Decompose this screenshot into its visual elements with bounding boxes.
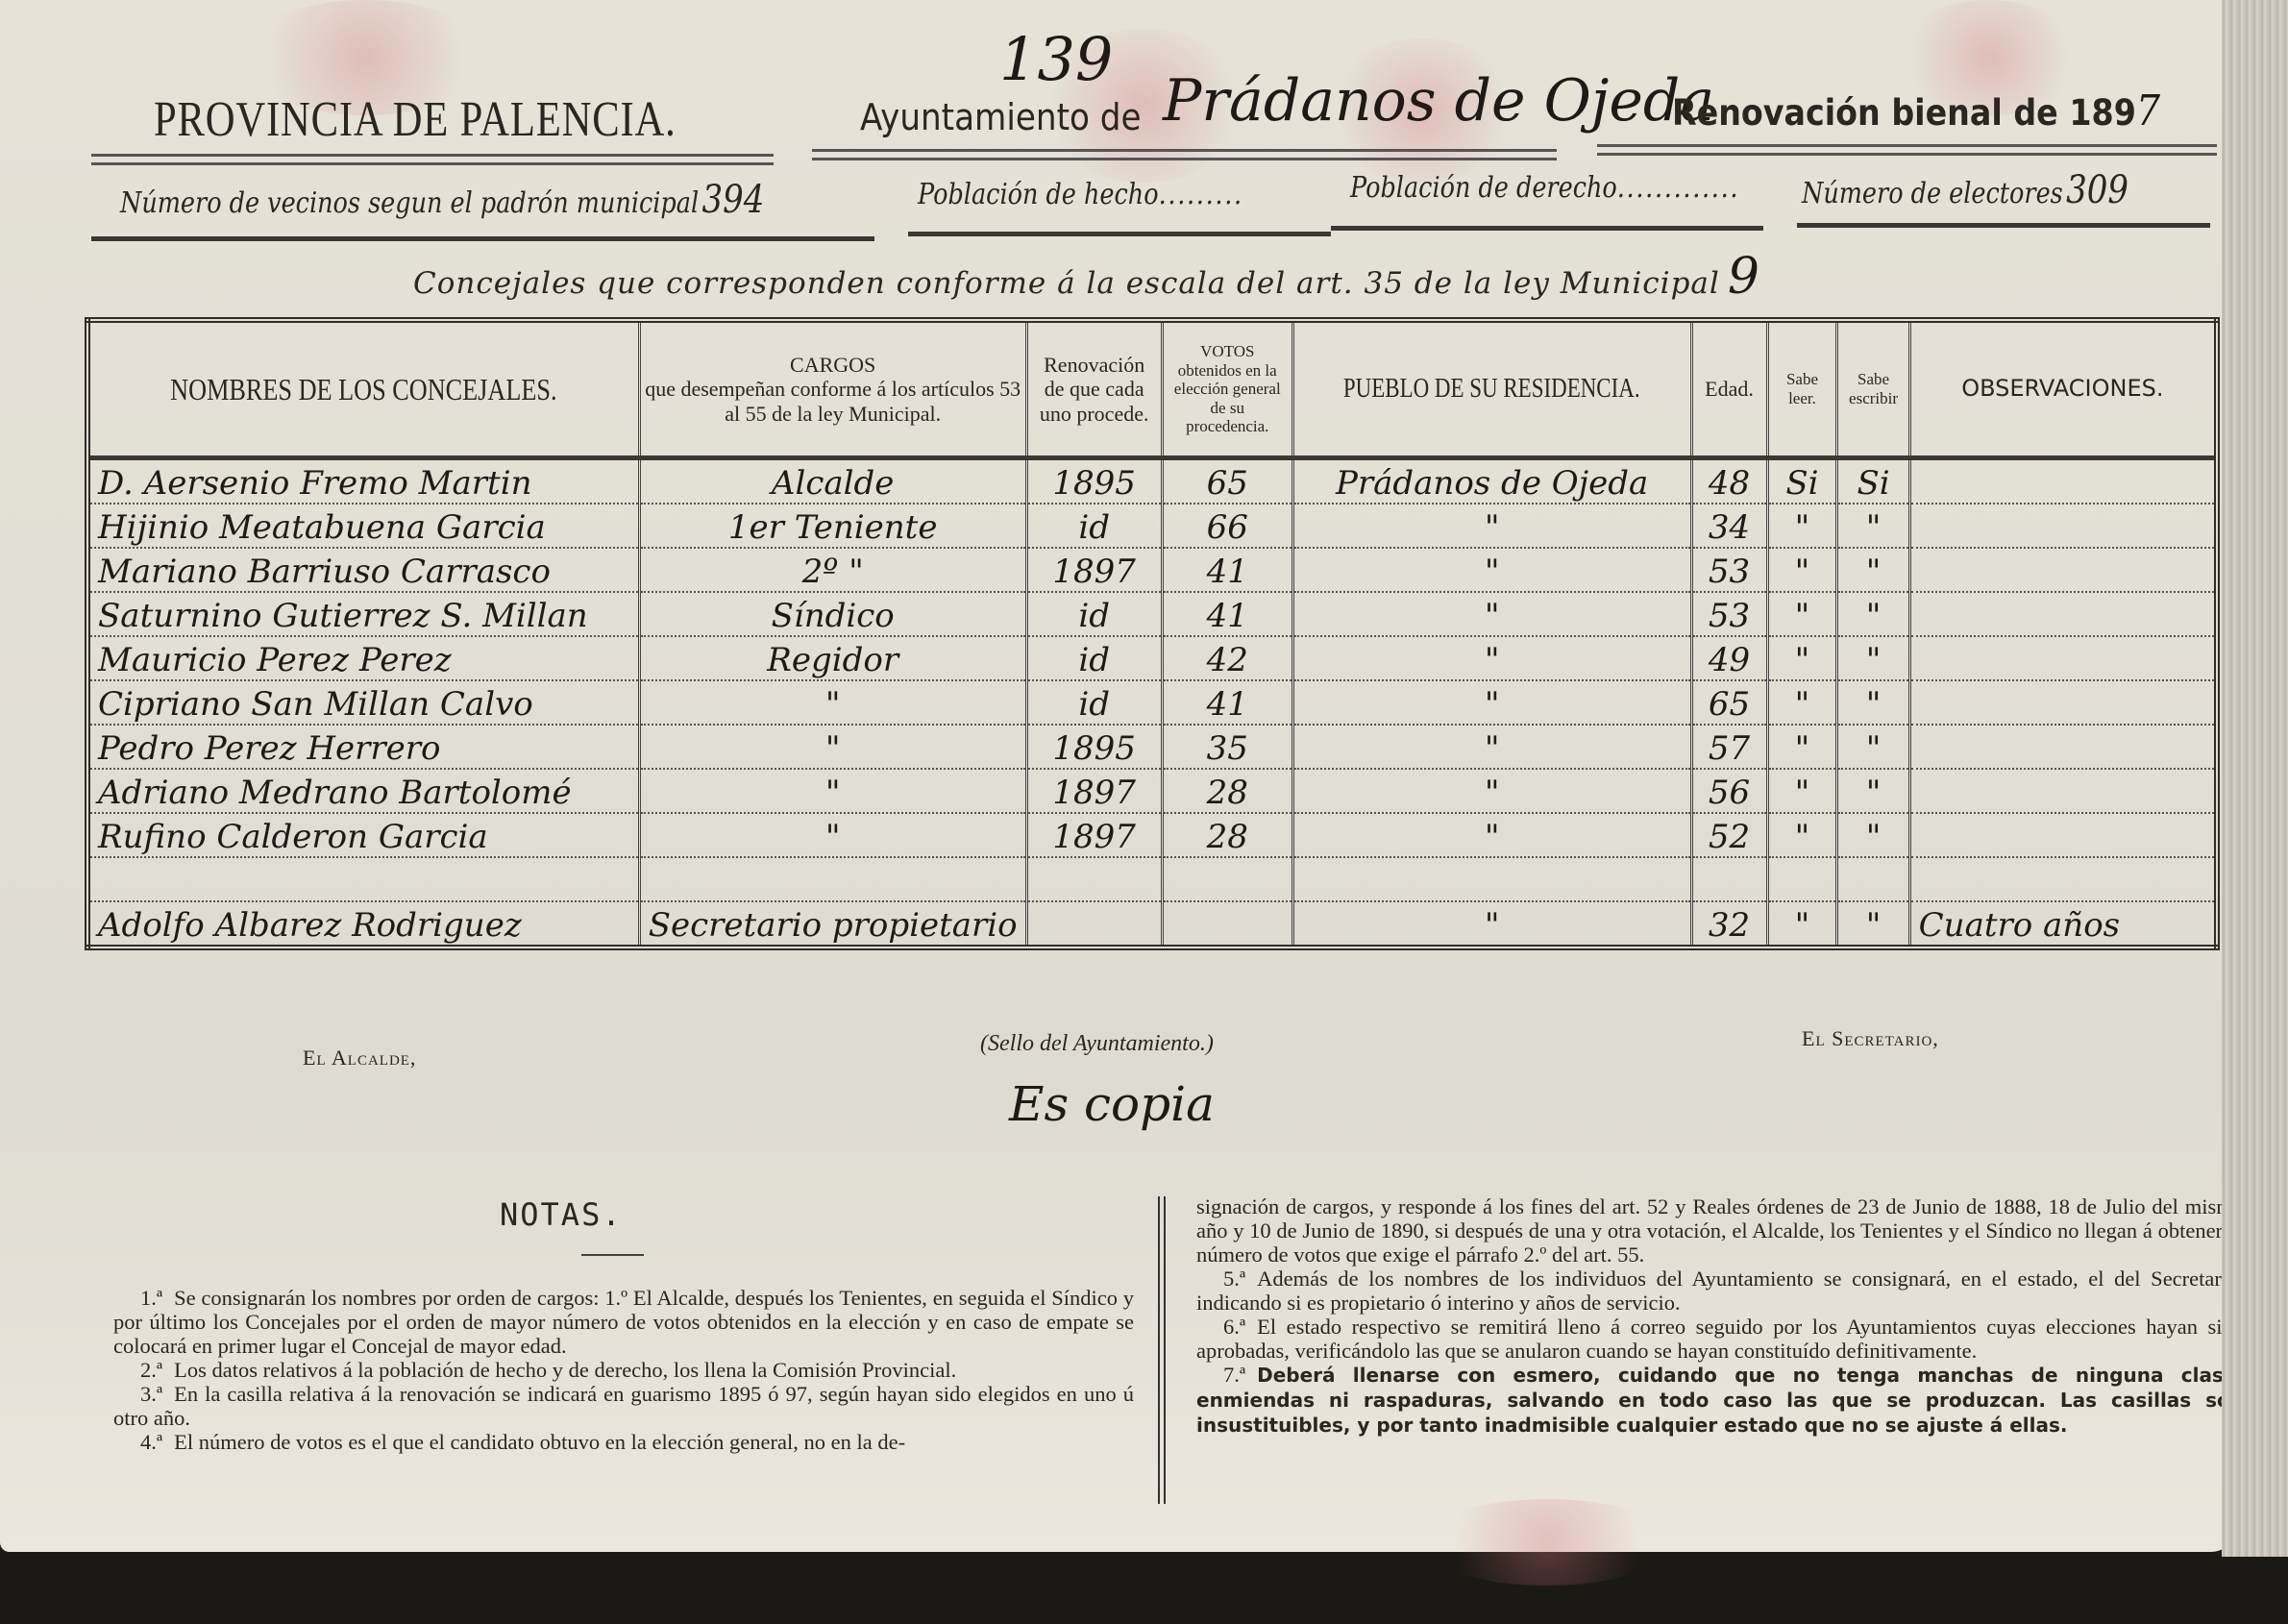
cell-edad: 52 bbox=[1691, 813, 1767, 857]
table-row: Rufino Calderon Garcia"189728"52"" bbox=[87, 813, 2217, 857]
cell-votos: 42 bbox=[1162, 636, 1292, 680]
cell-nombre bbox=[87, 857, 639, 901]
concejales-value: 9 bbox=[1728, 248, 1760, 306]
folio-number: 139 bbox=[999, 24, 1113, 94]
table-row: Pedro Perez Herrero"189535"57"" bbox=[87, 725, 2217, 769]
cell-renovacion: 1895 bbox=[1026, 725, 1162, 769]
cell-votos: 28 bbox=[1162, 813, 1292, 857]
cell-pueblo: " bbox=[1292, 504, 1691, 548]
cell-leer: " bbox=[1767, 813, 1837, 857]
header-sabe-leer: Sabe leer. bbox=[1767, 320, 1837, 458]
table-row: Cipriano San Millan Calvo"id41"65"" bbox=[87, 680, 2217, 725]
cell-renovacion: id bbox=[1026, 592, 1162, 636]
cell-obs bbox=[1909, 813, 2217, 857]
rule bbox=[91, 154, 774, 165]
cell-edad: 57 bbox=[1691, 725, 1767, 769]
cell-renovacion: 1895 bbox=[1026, 458, 1162, 504]
cell-obs bbox=[1909, 680, 2217, 725]
cell-nombre: Cipriano San Millan Calvo bbox=[87, 680, 639, 725]
cell-pueblo: " bbox=[1292, 592, 1691, 636]
cell-renovacion bbox=[1026, 857, 1162, 901]
cell-votos: 41 bbox=[1162, 680, 1292, 725]
cell-edad: 48 bbox=[1691, 458, 1767, 504]
cell-votos: 28 bbox=[1162, 769, 1292, 813]
cell-edad: 53 bbox=[1691, 592, 1767, 636]
cell-edad: 34 bbox=[1691, 504, 1767, 548]
cell-obs bbox=[1909, 725, 2217, 769]
cell-escribir: Si bbox=[1837, 458, 1909, 504]
notas-title: NOTAS. bbox=[500, 1196, 623, 1233]
cell-edad: 32 bbox=[1691, 901, 1767, 947]
cell-pueblo: " bbox=[1292, 813, 1691, 857]
cell-cargo: Regidor bbox=[639, 636, 1026, 680]
nota-item: 4.ªEl número de votos es el que el candi… bbox=[113, 1430, 1134, 1454]
ayuntamiento-value: Prádanos de Ojeda bbox=[1163, 67, 1714, 135]
table-row: D. Aersenio Fremo MartinAlcalde189565Prá… bbox=[87, 458, 2217, 504]
cell-votos bbox=[1162, 901, 1292, 947]
cell-nombre: Hijinio Meatabuena Garcia bbox=[87, 504, 639, 548]
header-observaciones: OBSERVACIONES. bbox=[1909, 320, 2217, 458]
vecinos-value: 394 bbox=[702, 178, 765, 222]
rule bbox=[812, 149, 1557, 160]
nota-item: 5.ªAdemás de los nombres de los individu… bbox=[1196, 1267, 2244, 1315]
notas-right-column: signación de cargos, y responde á los fi… bbox=[1196, 1194, 2244, 1438]
cell-leer bbox=[1767, 857, 1837, 901]
cell-renovacion: 1897 bbox=[1026, 769, 1162, 813]
cell-nombre: Saturnino Gutierrez S. Millan bbox=[87, 592, 639, 636]
poblacion-derecho-field: Población de derecho............. bbox=[1350, 171, 1739, 205]
cell-obs bbox=[1909, 504, 2217, 548]
cell-leer: " bbox=[1767, 725, 1837, 769]
cell-pueblo: " bbox=[1292, 725, 1691, 769]
cell-cargo: 2º " bbox=[639, 548, 1026, 592]
header-cargos: CARGOSque desempeñan conforme á los artí… bbox=[639, 320, 1026, 458]
cell-cargo: " bbox=[639, 725, 1026, 769]
cell-votos bbox=[1162, 857, 1292, 901]
cell-leer: " bbox=[1767, 504, 1837, 548]
cell-obs bbox=[1909, 592, 2217, 636]
header-edad: Edad. bbox=[1691, 320, 1767, 458]
cell-escribir: " bbox=[1837, 680, 1909, 725]
cell-leer: " bbox=[1767, 769, 1837, 813]
rule bbox=[908, 232, 1331, 236]
electores-value: 309 bbox=[2066, 168, 2128, 212]
cell-cargo: Alcalde bbox=[639, 458, 1026, 504]
rule bbox=[1797, 223, 2210, 228]
nota-item: 1.ªSe consignarán los nombres por orden … bbox=[113, 1286, 1134, 1358]
cell-edad: 53 bbox=[1691, 548, 1767, 592]
cell-cargo: Secretario propietario bbox=[639, 901, 1026, 947]
header-sabe-escribir: Sabe escribir bbox=[1837, 320, 1909, 458]
cell-renovacion: id bbox=[1026, 680, 1162, 725]
cell-nombre: Adolfo Albarez Rodriguez bbox=[87, 901, 639, 947]
cell-pueblo: " bbox=[1292, 548, 1691, 592]
cell-pueblo: Prádanos de Ojeda bbox=[1292, 458, 1691, 504]
nota-item: 2.ªLos datos relativos á la población de… bbox=[113, 1358, 1134, 1382]
cell-nombre: Mauricio Perez Perez bbox=[87, 636, 639, 680]
cell-obs bbox=[1909, 636, 2217, 680]
cell-votos: 66 bbox=[1162, 504, 1292, 548]
cell-nombre: Rufino Calderon Garcia bbox=[87, 813, 639, 857]
cell-edad: 65 bbox=[1691, 680, 1767, 725]
cell-pueblo: " bbox=[1292, 636, 1691, 680]
renovacion-label: Renovación bienal de 1897 bbox=[1672, 86, 2160, 135]
header-pueblo: PUEBLO DE SU RESIDENCIA. bbox=[1292, 320, 1691, 458]
nota-item: 7.ªDeberá llenarse con esmero, cuidando … bbox=[1196, 1363, 2244, 1438]
cell-votos: 65 bbox=[1162, 458, 1292, 504]
rule bbox=[1331, 226, 1763, 231]
cell-renovacion bbox=[1026, 901, 1162, 947]
cell-nombre: Mariano Barriuso Carrasco bbox=[87, 548, 639, 592]
header-renovacion: Renovación de que cada uno procede. bbox=[1026, 320, 1162, 458]
cell-escribir: " bbox=[1837, 636, 1909, 680]
table-row bbox=[87, 857, 2217, 901]
cell-renovacion: 1897 bbox=[1026, 813, 1162, 857]
vecinos-field: Número de vecinos segun el padrón munici… bbox=[120, 178, 764, 222]
cell-escribir: " bbox=[1837, 769, 1909, 813]
table-row: Adriano Medrano Bartolomé"189728"56"" bbox=[87, 769, 2217, 813]
rule bbox=[91, 236, 874, 241]
column-separator bbox=[1158, 1196, 1166, 1504]
cell-votos: 35 bbox=[1162, 725, 1292, 769]
cell-leer: " bbox=[1767, 592, 1837, 636]
cell-pueblo: " bbox=[1292, 680, 1691, 725]
cell-edad bbox=[1691, 857, 1767, 901]
cell-cargo: " bbox=[639, 813, 1026, 857]
cell-pueblo: " bbox=[1292, 901, 1691, 947]
cell-cargo: " bbox=[639, 680, 1026, 725]
book-page-edges bbox=[2222, 0, 2288, 1557]
cell-obs bbox=[1909, 769, 2217, 813]
table-row: Adolfo Albarez RodriguezSecretario propi… bbox=[87, 901, 2217, 947]
ayuntamiento-label: Ayuntamiento de bbox=[860, 96, 1142, 138]
cell-votos: 41 bbox=[1162, 548, 1292, 592]
notas-rule bbox=[581, 1254, 644, 1256]
table-row: Hijinio Meatabuena Garcia1er Tenienteid6… bbox=[87, 504, 2217, 548]
secretario-signature-label: El Secretario, bbox=[1802, 1026, 1939, 1051]
nota-item: 6.ªEl estado respectivo se remitirá llen… bbox=[1196, 1315, 2244, 1363]
cell-pueblo: " bbox=[1292, 769, 1691, 813]
cell-escribir: " bbox=[1837, 504, 1909, 548]
header-votos: VOTOSobtenidos en la elección general de… bbox=[1162, 320, 1292, 458]
cell-nombre: Adriano Medrano Bartolomé bbox=[87, 769, 639, 813]
table-row: Mauricio Perez PerezRegidorid42"49"" bbox=[87, 636, 2217, 680]
cell-renovacion: 1897 bbox=[1026, 548, 1162, 592]
cell-leer: " bbox=[1767, 680, 1837, 725]
provincia-title: PROVINCIA DE PALENCIA. bbox=[154, 91, 677, 148]
cell-cargo: Síndico bbox=[639, 592, 1026, 636]
cell-escribir bbox=[1837, 857, 1909, 901]
cell-obs bbox=[1909, 857, 2217, 901]
cell-escribir: " bbox=[1837, 901, 1909, 947]
table-row: Saturnino Gutierrez S. MillanSíndicoid41… bbox=[87, 592, 2217, 636]
cell-escribir: " bbox=[1837, 725, 1909, 769]
cell-obs: Cuatro años bbox=[1909, 901, 2217, 947]
cell-escribir: " bbox=[1837, 548, 1909, 592]
cell-leer: " bbox=[1767, 548, 1837, 592]
cell-votos: 41 bbox=[1162, 592, 1292, 636]
notas-left-column: 1.ªSe consignarán los nombres por orden … bbox=[113, 1286, 1134, 1454]
header-nombres: NOMBRES DE LOS CONCEJALES. bbox=[87, 320, 639, 458]
cell-pueblo bbox=[1292, 857, 1691, 901]
nota-continuation: signación de cargos, y responde á los fi… bbox=[1196, 1194, 2244, 1267]
cell-leer: Si bbox=[1767, 458, 1837, 504]
poblacion-hecho-field: Población de hecho......... bbox=[918, 178, 1243, 211]
cell-edad: 49 bbox=[1691, 636, 1767, 680]
cell-escribir: " bbox=[1837, 592, 1909, 636]
rule bbox=[1597, 144, 2217, 156]
cell-obs bbox=[1909, 458, 2217, 504]
document-page: 139 PROVINCIA DE PALENCIA. Ayuntamiento … bbox=[0, 0, 2239, 1552]
cell-edad: 56 bbox=[1691, 769, 1767, 813]
nota-item: 3.ªEn la casilla relativa á la renovació… bbox=[113, 1382, 1134, 1430]
electores-field: Número de electores309 bbox=[1802, 168, 2128, 212]
es-copia-annotation: Es copia bbox=[1009, 1076, 1215, 1132]
table-row: Mariano Barriuso Carrasco2º "189741"53"" bbox=[87, 548, 2217, 592]
cell-cargo bbox=[639, 857, 1026, 901]
cell-leer: " bbox=[1767, 901, 1837, 947]
sello-label: (Sello del Ayuntamiento.) bbox=[980, 1031, 1214, 1057]
cell-nombre: D. Aersenio Fremo Martin bbox=[87, 458, 639, 504]
concejales-field: Concejales que corresponden conforme á l… bbox=[413, 248, 1760, 306]
renovacion-year-digit: 7 bbox=[2136, 86, 2160, 135]
cell-nombre: Pedro Perez Herrero bbox=[87, 725, 639, 769]
cell-renovacion: id bbox=[1026, 504, 1162, 548]
cell-escribir: " bbox=[1837, 813, 1909, 857]
concejales-table: NOMBRES DE LOS CONCEJALES. CARGOSque des… bbox=[85, 317, 2220, 950]
cell-renovacion: id bbox=[1026, 636, 1162, 680]
cell-obs bbox=[1909, 548, 2217, 592]
alcalde-signature-label: El Alcalde, bbox=[303, 1046, 416, 1070]
cell-cargo: " bbox=[639, 769, 1026, 813]
cell-leer: " bbox=[1767, 636, 1837, 680]
cell-cargo: 1er Teniente bbox=[639, 504, 1026, 548]
